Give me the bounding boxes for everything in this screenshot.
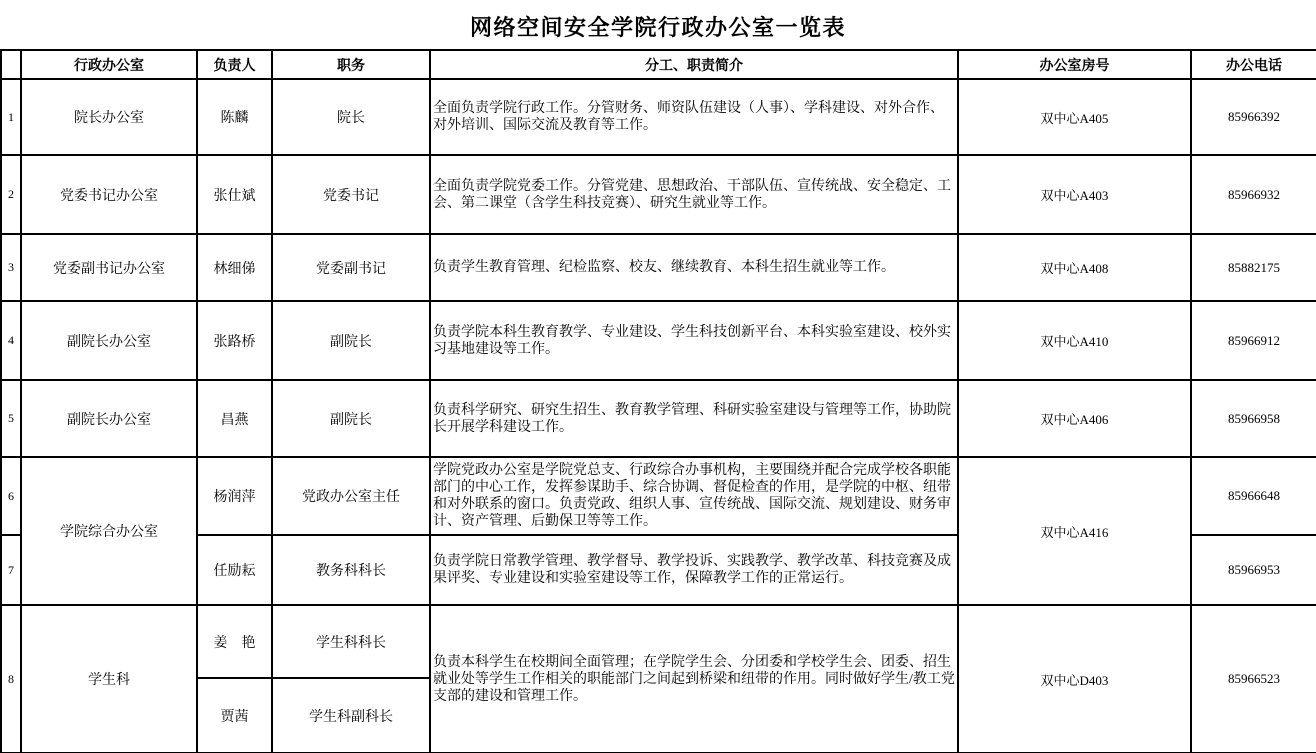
row-number-cell: 6	[1, 457, 21, 535]
office-cell: 副院长办公室	[21, 301, 197, 380]
room-cell: 双中心A405	[958, 79, 1191, 155]
title-zone: 网络空间安全学院行政办公室一览表	[0, 0, 1316, 49]
table-row: 1 院长办公室 陈麟 院长 全面负责学院行政工作。分管财务、师资队伍建设（人事）…	[1, 79, 1316, 155]
duty-cell: 负责本科学生在校期间全面管理；在学院学生会、分团委和学校学生会、团委、招生就业处…	[430, 605, 958, 753]
phone-cell: 85966648	[1191, 457, 1316, 535]
col-header-person: 负责人	[197, 50, 272, 79]
person-cell: 姜 艳	[197, 605, 272, 678]
office-cell: 副院长办公室	[21, 380, 197, 457]
page-title: 网络空间安全学院行政办公室一览表	[470, 11, 846, 42]
person-cell: 张仕斌	[197, 155, 272, 234]
phone-cell: 85966958	[1191, 380, 1316, 457]
person-cell: 贾茜	[197, 678, 272, 753]
phone-cell: 85966953	[1191, 535, 1316, 605]
col-header-duty: 分工、职责简介	[430, 50, 958, 79]
position-cell: 学生科副科长	[272, 678, 430, 753]
col-header-office: 行政办公室	[21, 50, 197, 79]
table-row: 5 副院长办公室 昌燕 副院长 负责科学研究、研究生招生、教育教学管理、科研实验…	[1, 380, 1316, 457]
office-cell: 党委书记办公室	[21, 155, 197, 234]
table-row: 4 副院长办公室 张路桥 副院长 负责学院本科生教育教学、专业建设、学生科技创新…	[1, 301, 1316, 380]
duty-cell: 负责学生教育管理、纪检监察、校友、继续教育、本科生招生就业等工作。	[430, 234, 958, 301]
row-number-cell: 7	[1, 535, 21, 605]
col-header-room: 办公室房号	[958, 50, 1191, 79]
room-cell: 双中心A416	[958, 457, 1191, 605]
person-cell: 杨润萍	[197, 457, 272, 535]
duty-cell: 全面负责学院行政工作。分管财务、师资队伍建设（人事）、学科建设、对外合作、对外培…	[430, 79, 958, 155]
phone-cell: 85966392	[1191, 79, 1316, 155]
row-number-cell: 8	[1, 605, 21, 753]
duty-cell: 负责学院日常教学管理、教学督导、教学投诉、实践教学、教学改革、科技竞赛及成果评奖…	[430, 535, 958, 605]
table-row: 6 学院综合办公室 杨润萍 党政办公室主任 学院党政办公室是学院党总支、行政综合…	[1, 457, 1316, 535]
person-cell: 昌燕	[197, 380, 272, 457]
office-cell: 学院综合办公室	[21, 457, 197, 605]
table-row: 8 学生科 姜 艳 学生科科长 负责本科学生在校期间全面管理；在学院学生会、分团…	[1, 605, 1316, 678]
row-number-cell: 5	[1, 380, 21, 457]
person-cell: 张路桥	[197, 301, 272, 380]
person-cell: 林细俤	[197, 234, 272, 301]
duty-cell: 学院党政办公室是学院党总支、行政综合办事机构，主要围绕并配合完成学校各职能部门的…	[430, 457, 958, 535]
phone-cell: 85966523	[1191, 605, 1316, 753]
row-number-cell: 4	[1, 301, 21, 380]
office-cell: 院长办公室	[21, 79, 197, 155]
position-cell: 党委书记	[272, 155, 430, 234]
row-number-cell: 3	[1, 234, 21, 301]
phone-cell: 85966912	[1191, 301, 1316, 380]
room-cell: 双中心D403	[958, 605, 1191, 753]
position-cell: 党委副书记	[272, 234, 430, 301]
table-row: 3 党委副书记办公室 林细俤 党委副书记 负责学生教育管理、纪检监察、校友、继续…	[1, 234, 1316, 301]
col-header-position: 职务	[272, 50, 430, 79]
position-cell: 教务科科长	[272, 535, 430, 605]
duty-cell: 负责科学研究、研究生招生、教育教学管理、科研实验室建设与管理等工作，协助院长开展…	[430, 380, 958, 457]
duty-cell: 全面负责学院党委工作。分管党建、思想政治、干部队伍、宣传统战、安全稳定、工会、第…	[430, 155, 958, 234]
header-row: 行政办公室 负责人 职务 分工、职责简介 办公室房号 办公电话	[1, 50, 1316, 79]
duty-cell: 负责学院本科生教育教学、专业建设、学生科技创新平台、本科实验室建设、校外实习基地…	[430, 301, 958, 380]
office-cell: 党委副书记办公室	[21, 234, 197, 301]
table-row: 2 党委书记办公室 张仕斌 党委书记 全面负责学院党委工作。分管党建、思想政治、…	[1, 155, 1316, 234]
room-cell: 双中心A408	[958, 234, 1191, 301]
col-header-phone: 办公电话	[1191, 50, 1316, 79]
room-cell: 双中心A406	[958, 380, 1191, 457]
row-number-cell: 1	[1, 79, 21, 155]
position-cell: 学生科科长	[272, 605, 430, 678]
room-cell: 双中心A403	[958, 155, 1191, 234]
phone-cell: 85882175	[1191, 234, 1316, 301]
position-cell: 院长	[272, 79, 430, 155]
person-cell: 任励耘	[197, 535, 272, 605]
position-cell: 副院长	[272, 301, 430, 380]
phone-cell: 85966932	[1191, 155, 1316, 234]
person-cell: 陈麟	[197, 79, 272, 155]
position-cell: 党政办公室主任	[272, 457, 430, 535]
room-cell: 双中心A410	[958, 301, 1191, 380]
office-cell: 学生科	[21, 605, 197, 753]
office-directory-table: 行政办公室 负责人 职务 分工、职责简介 办公室房号 办公电话 1 院长办公室 …	[0, 49, 1316, 753]
position-cell: 副院长	[272, 380, 430, 457]
col-header-no	[1, 50, 21, 79]
row-number-cell: 2	[1, 155, 21, 234]
